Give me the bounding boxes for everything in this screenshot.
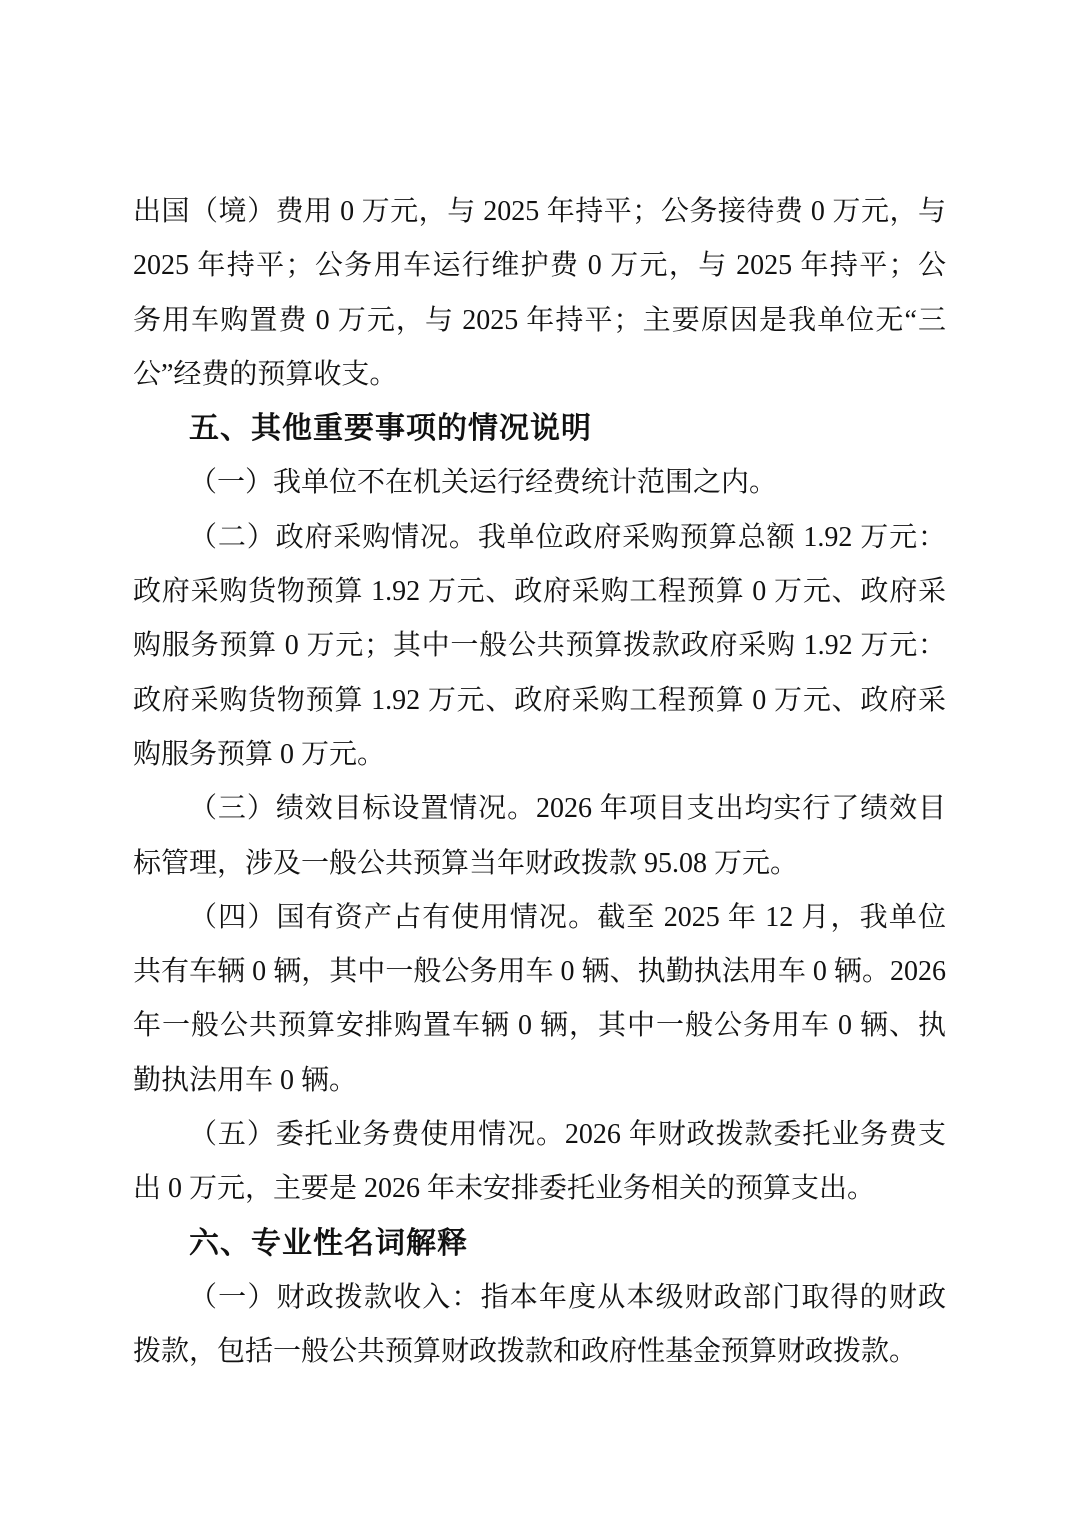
text-line: （一）我单位不在机关运行经费统计范围之内。 [133, 456, 946, 510]
section-heading: 五、其他重要事项的情况说明 [133, 402, 946, 456]
text-line: 务用车购置费 0 万元，与 2025 年持平；主要原因是我单位无“三 [133, 294, 946, 348]
text-line: 2025 年持平；公务用车运行维护费 0 万元，与 2025 年持平；公 [133, 239, 946, 293]
document-page: 出国（境）费用 0 万元，与 2025 年持平；公务接待费 0 万元，与2025… [0, 0, 1074, 1520]
text-line: 出 0 万元，主要是 2026 年未安排委托业务相关的预算支出。 [133, 1162, 946, 1216]
text-line: （五）委托业务费使用情况。2026 年财政拨款委托业务费支 [133, 1108, 946, 1162]
text-line: 购服务预算 0 万元；其中一般公共预算拨款政府采购 1.92 万元： [133, 619, 946, 673]
document-body: 出国（境）费用 0 万元，与 2025 年持平；公务接待费 0 万元，与2025… [0, 0, 1074, 1380]
text-line: 年一般公共预算安排购置车辆 0 辆，其中一般公务用车 0 辆、执 [133, 999, 946, 1053]
text-line: （一）财政拨款收入：指本年度从本级财政部门取得的财政 [133, 1271, 946, 1325]
text-line: （三）绩效目标设置情况。2026 年项目支出均实行了绩效目 [133, 782, 946, 836]
text-line: 共有车辆 0 辆，其中一般公务用车 0 辆、执勤执法用车 0 辆。2026 [133, 945, 946, 999]
text-line: 政府采购货物预算 1.92 万元、政府采购工程预算 0 万元、政府采 [133, 565, 946, 619]
text-line: 公”经费的预算收支。 [133, 348, 946, 402]
text-line: （二）政府采购情况。我单位政府采购预算总额 1.92 万元： [133, 511, 946, 565]
text-line: 拨款，包括一般公共预算财政拨款和政府性基金预算财政拨款。 [133, 1325, 946, 1379]
text-line: 标管理，涉及一般公共预算当年财政拨款 95.08 万元。 [133, 837, 946, 891]
text-line: 出国（境）费用 0 万元，与 2025 年持平；公务接待费 0 万元，与 [133, 185, 946, 239]
text-line: 政府采购货物预算 1.92 万元、政府采购工程预算 0 万元、政府采 [133, 674, 946, 728]
text-line: 购服务预算 0 万元。 [133, 728, 946, 782]
text-line: 勤执法用车 0 辆。 [133, 1054, 946, 1108]
section-heading: 六、专业性名词解释 [133, 1217, 946, 1271]
text-line: （四）国有资产占有使用情况。截至 2025 年 12 月，我单位 [133, 891, 946, 945]
